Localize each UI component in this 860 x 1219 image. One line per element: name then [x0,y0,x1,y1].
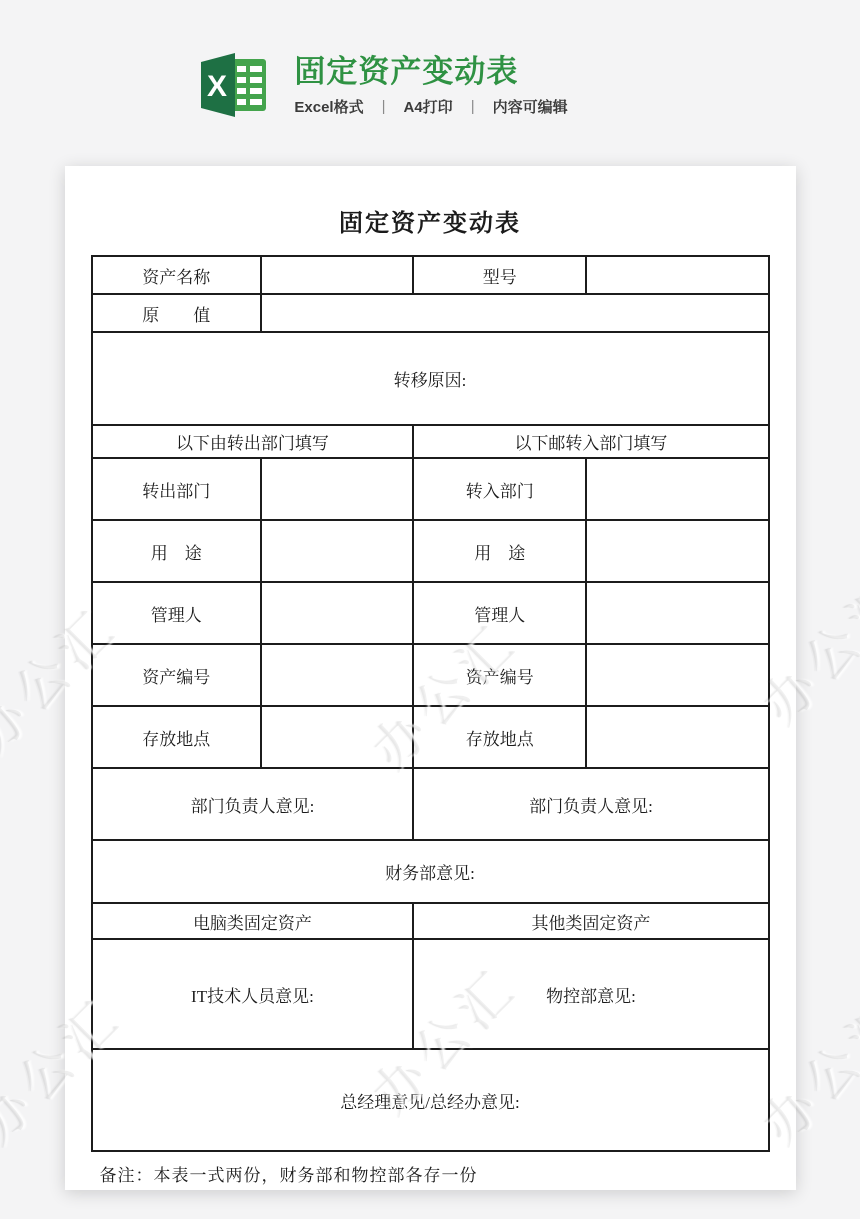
original-value-label: 原 值 [92,294,262,332]
out-asset-no-value-cell [261,644,413,706]
table-row: 电脑类固定资产 其他类固定资产 [92,903,769,939]
table-row: 原 值 [92,294,769,332]
table-row: 以下由转出部门填写 以下邮转入部门填写 [92,425,769,458]
template-preview-page: { "colors": { "title_green": "#2f9243", … [0,0,860,1219]
in-manager-label: 管理人 [413,582,586,644]
asset-name-value-cell [261,256,413,294]
out-manager-label: 管理人 [92,582,262,644]
other-assets-header: 其他类固定资产 [413,903,768,939]
table-row: IT技术人员意见: 物控部意见: [92,939,769,1049]
gm-opinion-cell: 总经理意见/总经办意见: [92,1049,769,1151]
out-usage-label: 用 途 [92,520,262,582]
it-opinion-cell: IT技术人员意见: [92,939,414,1049]
dept-head-opinion-in-cell: 部门负责人意见: [413,768,768,840]
document-page: 固定资产变动表 资产名称 型号 原 值 转移原因: 以下由转出部门填写 以下邮转… [65,166,796,1190]
table-row: 总经理意见/总经办意见: [92,1049,769,1151]
out-manager-value-cell [261,582,413,644]
table-row: 财务部意见: [92,840,769,903]
table-row: 管理人 管理人 [92,582,769,644]
table-row: 资产名称 型号 [92,256,769,294]
dept-head-opinion-out-cell: 部门负责人意见: [92,768,414,840]
table-row: 转出部门 转入部门 [92,458,769,520]
asset-name-label: 资产名称 [92,256,262,294]
in-dept-label: 转入部门 [413,458,586,520]
model-value-cell [586,256,768,294]
out-usage-value-cell [261,520,413,582]
in-dept-value-cell [586,458,768,520]
table-row: 转移原因: [92,332,769,425]
form-title: 固定资产变动表 [91,203,770,238]
table-row: 资产编号 资产编号 [92,644,769,706]
in-manager-value-cell [586,582,768,644]
excel-icon: X [188,51,270,119]
out-location-label: 存放地点 [92,706,262,768]
transfer-reason-cell: 转移原因: [92,332,769,425]
materials-opinion-cell: 物控部意见: [413,939,768,1049]
table-row: 部门负责人意见: 部门负责人意见: [92,768,769,840]
editable-label: 内容可编辑 [493,96,568,117]
print-label: A4打印 [404,96,453,117]
computer-assets-header: 电脑类固定资产 [92,903,414,939]
table-row: 存放地点 存放地点 [92,706,769,768]
template-title: 固定资产变动表 [294,54,567,90]
in-usage-label: 用 途 [413,520,586,582]
in-usage-value-cell [586,520,768,582]
in-location-value-cell [586,706,768,768]
template-attributes: Excel格式 | A4打印 | 内容可编辑 [294,96,567,117]
out-dept-label: 转出部门 [92,458,262,520]
subtitle-separator: | [471,98,475,115]
out-location-value-cell [261,706,413,768]
out-dept-value-cell [261,458,413,520]
model-label: 型号 [413,256,586,294]
in-asset-no-label: 资产编号 [413,644,586,706]
table-row: 用 途 用 途 [92,520,769,582]
svg-text:X: X [207,70,227,103]
subtitle-separator: | [382,98,386,115]
finance-opinion-cell: 财务部意见: [92,840,769,903]
asset-change-form: 资产名称 型号 原 值 转移原因: 以下由转出部门填写 以下邮转入部门填写 转出… [91,255,770,1152]
original-value-cell [261,294,768,332]
in-location-label: 存放地点 [413,706,586,768]
in-asset-no-value-cell [586,644,768,706]
site-header: X 固定资产变动表 Excel格式 | A4打印 | 内容可编辑 [0,0,808,166]
form-note: 备注：本表一式两份，财务部和物控部各存一份 [91,1161,770,1186]
out-asset-no-label: 资产编号 [92,644,262,706]
format-label: Excel格式 [294,96,363,117]
section-in-header: 以下邮转入部门填写 [413,425,768,458]
section-out-header: 以下由转出部门填写 [92,425,414,458]
header-text-block: 固定资产变动表 Excel格式 | A4打印 | 内容可编辑 [294,54,567,117]
